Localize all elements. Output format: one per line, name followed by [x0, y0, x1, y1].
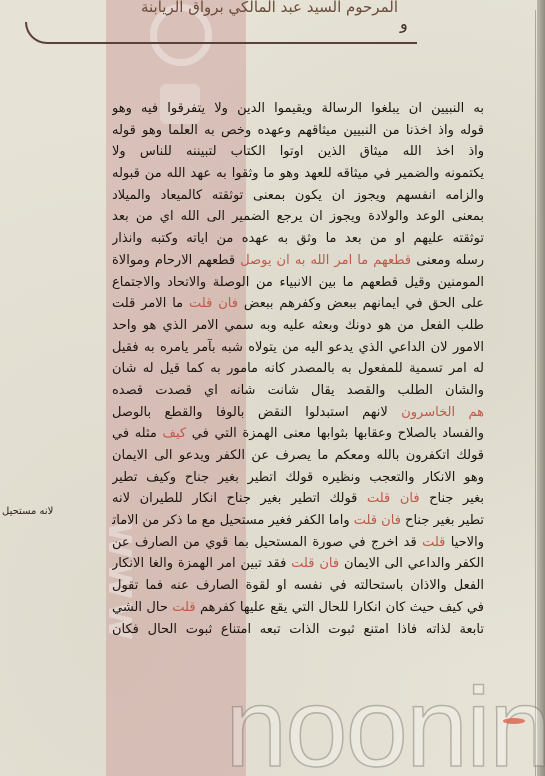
rubric: هم الخاسرون: [401, 405, 484, 420]
text-line: والزامه انفسهم ويجوز ان يكون بمعنى توثقت…: [112, 185, 484, 207]
text-line: الفعل والاذان باستحالته في نفسه او لقوة …: [112, 575, 484, 597]
margin-note: لانه مستحيل: [2, 506, 106, 517]
text-line: الامور لان الداعي الذي يدعو اليه من يتول…: [112, 337, 484, 359]
text-line: تابعة لذاته فاذا امتنع ثبوت الذات تبعه ا…: [112, 619, 484, 641]
text-line: والشان الطلب والقصد يقال شانت شانه اي قص…: [112, 380, 484, 402]
text-line: قوله واذ اخذنا من النبيين ميثاقهم وعهده …: [112, 120, 484, 142]
rubric: فان قلت: [291, 556, 339, 571]
rubric: قطعهم ما امر الله به ان يوصل: [240, 253, 411, 268]
text-line: به النبيين ان يبلغوا الرسالة ويقيموا الد…: [112, 98, 484, 120]
heading-underline: [25, 22, 417, 44]
text-line: وهو الانكار والتعجب ونظيره قولك اتطير بغ…: [112, 467, 484, 489]
text-line: رسله ومعنى قطعهم ما امر الله به ان يوصل …: [112, 250, 484, 272]
heading-text: المرحوم السيد عبد المالكي برواق الريابنة: [98, 0, 398, 16]
text-line: بمعنى الوعد والولادة ويجوز ان يرجع الضمي…: [112, 206, 484, 228]
manuscript-page: www المرحوم السيد عبد المالكي برواق الري…: [0, 0, 545, 776]
text-line: توثقته عليهم او من بعد ما وثق به عهده من…: [112, 228, 484, 250]
red-ink-stain: [503, 718, 525, 724]
text-line: والفساد بالصلاح وعقابها بثوابها معنى اله…: [112, 423, 484, 445]
text-line: الكفر والداعي الى الايمان فان قلت فقد تب…: [112, 553, 484, 575]
heading-prefix: و: [400, 14, 408, 33]
text-line: طلب الفعل من هو دونك وبعثه عليه وبه سمي …: [112, 315, 484, 337]
rubric: فان قلت: [189, 296, 238, 311]
text-line: بغير جناح فان قلت قولك اتطير بغير جناح ا…: [112, 488, 484, 510]
text-line: هم الخاسرون لانهم استبدلوا النقض بالوفا …: [112, 402, 484, 424]
manuscript-text: به النبيين ان يبلغوا الرسالة ويقيموا الد…: [112, 98, 484, 640]
text-line: قولك اتكفرون بالله ومعكم ما يصرف عن الكف…: [112, 445, 484, 467]
page-edge: [537, 0, 545, 776]
page-heading: المرحوم السيد عبد المالكي برواق الريابنة…: [20, 0, 420, 44]
text-line: له امر تسمية للمفعول به بالمصدر كانه مام…: [112, 358, 484, 380]
rubric: قلت: [172, 600, 195, 615]
text-line: يكتمونه والضمير في ميثاقه للعهد وهو ما و…: [112, 163, 484, 185]
text-line: واذ اخذ الله ميثاق الذين اوتوا الكتاب لت…: [112, 141, 484, 163]
rubric: كيف: [163, 426, 187, 441]
text-line: تطير بغير جناح فان قلت واما الكفر فغير م…: [112, 510, 484, 532]
text-line: في كيف حيث كان انكارا للحال التي يقع علي…: [112, 597, 484, 619]
bottom-watermark: noonin: [225, 680, 545, 776]
rubric: قلت: [422, 535, 445, 550]
text-line: على الحق في ايمانهم ببعض وكفرهم ببعض فان…: [112, 293, 484, 315]
rubric: فان قلت: [367, 491, 420, 506]
text-line: والاحيا قلت قد اخرج في صورة المستحيل بما…: [112, 532, 484, 554]
text-line: المومنين وقيل قطعهم ما بين الانبياء من ا…: [112, 272, 484, 294]
rubric: فان قلت: [354, 513, 401, 528]
margin-rule: [535, 10, 536, 776]
